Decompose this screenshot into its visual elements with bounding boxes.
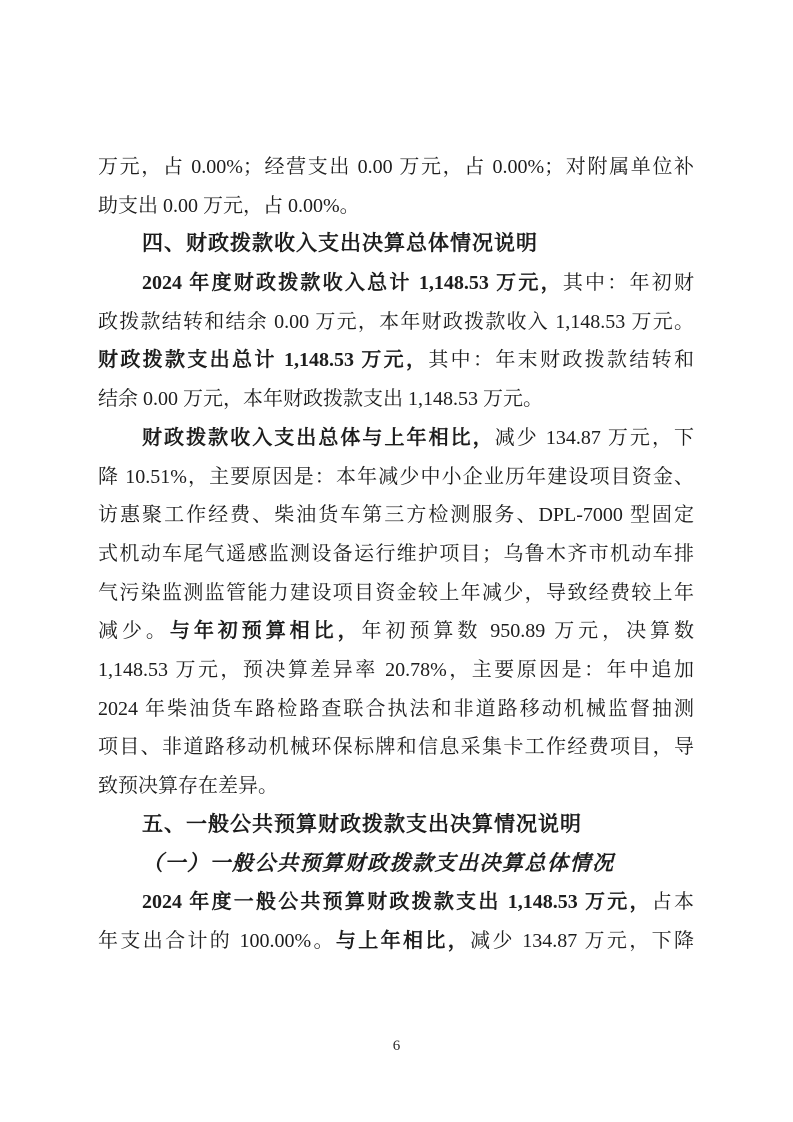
- text-segment: 2024 年柴油货车路检路查联合执法和非道路移动机械监督抽测: [98, 698, 694, 720]
- text-segment: 其中：年末财政拨款结转和: [428, 349, 694, 371]
- text-line: 2024 年度一般公共预算财政拨款支出 1,148.53 万元，占本: [98, 883, 694, 922]
- text-segment: 2024 年度财政拨款收入总计 1,148.53 万元，: [142, 272, 563, 294]
- text-segment: 其中：年初财: [563, 272, 694, 294]
- text-segment: 项目、非道路移动机械环保标牌和信息采集卡工作经费项目，导: [98, 736, 694, 758]
- page-number: 6: [0, 1036, 793, 1056]
- text-segment: 1,148.53 万元，预决算差异率 20.78%，主要原因是：年中追加: [98, 659, 694, 681]
- text-line: 项目、非道路移动机械环保标牌和信息采集卡工作经费项目，导: [98, 728, 694, 767]
- text-line: 财政拨款收入支出总体与上年相比，减少 134.87 万元，下: [98, 419, 694, 458]
- text-line: 2024 年度财政拨款收入总计 1,148.53 万元，其中：年初财: [98, 264, 694, 303]
- text-line: 式机动车尾气遥感监测设备运行维护项目；乌鲁木齐市机动车排: [98, 535, 694, 574]
- text-segment: 政拨款结转和结余 0.00 万元，本年财政拨款收入 1,148.53 万元。: [98, 311, 694, 333]
- document-body: 万元，占 0.00%；经营支出 0.00 万元，占 0.00%；对附属单位补助支…: [98, 148, 694, 960]
- text-segment: 年支出合计的 100.00%。: [98, 930, 336, 952]
- text-segment: 结余 0.00 万元，本年财政拨款支出 1,148.53 万元。: [98, 388, 543, 410]
- text-line: 气污染监测监管能力建设项目资金较上年减少，导致经费较上年: [98, 574, 694, 613]
- text-line: 2024 年柴油货车路检路查联合执法和非道路移动机械监督抽测: [98, 690, 694, 729]
- text-segment: 访惠聚工作经费、柴油货车第三方检测服务、DPL-7000 型固定: [98, 504, 694, 526]
- text-line: 财政拨款支出总计 1,148.53 万元，其中：年末财政拨款结转和: [98, 341, 694, 380]
- text-segment: 式机动车尾气遥感监测设备运行维护项目；乌鲁木齐市机动车排: [98, 543, 694, 565]
- text-segment: 五、一般公共预算财政拨款支出决算情况说明: [142, 813, 582, 836]
- text-segment: 财政拨款收入支出总体与上年相比，: [142, 427, 495, 449]
- text-line: 四、财政拨款收入支出决算总体情况说明: [98, 225, 694, 264]
- text-line: 政拨款结转和结余 0.00 万元，本年财政拨款收入 1,148.53 万元。: [98, 303, 694, 342]
- text-segment: 万元，占 0.00%；经营支出 0.00 万元，占 0.00%；对附属单位补: [98, 156, 694, 178]
- document-page: 万元，占 0.00%；经营支出 0.00 万元，占 0.00%；对附属单位补助支…: [0, 0, 793, 1122]
- text-segment: 降 10.51%，主要原因是：本年减少中小企业历年建设项目资金、: [98, 466, 694, 488]
- text-segment: 2024 年度一般公共预算财政拨款支出 1,148.53 万元，: [142, 891, 652, 913]
- text-segment: 减少。: [98, 620, 170, 642]
- text-segment: 财政拨款支出总计 1,148.53 万元，: [98, 349, 428, 371]
- text-segment: 四、财政拨款收入支出决算总体情况说明: [142, 232, 538, 255]
- text-line: 助支出 0.00 万元，占 0.00%。: [98, 187, 694, 226]
- text-line: 万元，占 0.00%；经营支出 0.00 万元，占 0.00%；对附属单位补: [98, 148, 694, 187]
- text-segment: 助支出 0.00 万元，占 0.00%。: [98, 195, 360, 217]
- text-line: （一）一般公共预算财政拨款支出决算总体情况: [98, 844, 694, 883]
- text-segment: 致预决算存在差异。: [98, 775, 278, 797]
- text-line: 结余 0.00 万元，本年财政拨款支出 1,148.53 万元。: [98, 380, 694, 419]
- text-segment: 气污染监测监管能力建设项目资金较上年减少，导致经费较上年: [98, 582, 694, 604]
- text-line: 致预决算存在差异。: [98, 767, 694, 806]
- text-segment: （一）一般公共预算财政拨款支出决算总体情况: [142, 851, 615, 875]
- text-segment: 减少 134.87 万元，下: [495, 427, 694, 449]
- text-line: 1,148.53 万元，预决算差异率 20.78%，主要原因是：年中追加: [98, 651, 694, 690]
- text-segment: 与年初预算相比，: [170, 620, 362, 642]
- text-segment: 与上年相比，: [336, 930, 470, 952]
- text-segment: 年初预算数 950.89 万元，决算数: [362, 620, 694, 642]
- text-segment: 占本: [652, 891, 694, 913]
- text-line: 年支出合计的 100.00%。与上年相比，减少 134.87 万元，下降: [98, 922, 694, 961]
- text-segment: 减少 134.87 万元，下降: [470, 930, 694, 952]
- text-line: 减少。与年初预算相比，年初预算数 950.89 万元，决算数: [98, 612, 694, 651]
- text-line: 降 10.51%，主要原因是：本年减少中小企业历年建设项目资金、: [98, 458, 694, 497]
- text-line: 五、一般公共预算财政拨款支出决算情况说明: [98, 806, 694, 845]
- text-line: 访惠聚工作经费、柴油货车第三方检测服务、DPL-7000 型固定: [98, 496, 694, 535]
